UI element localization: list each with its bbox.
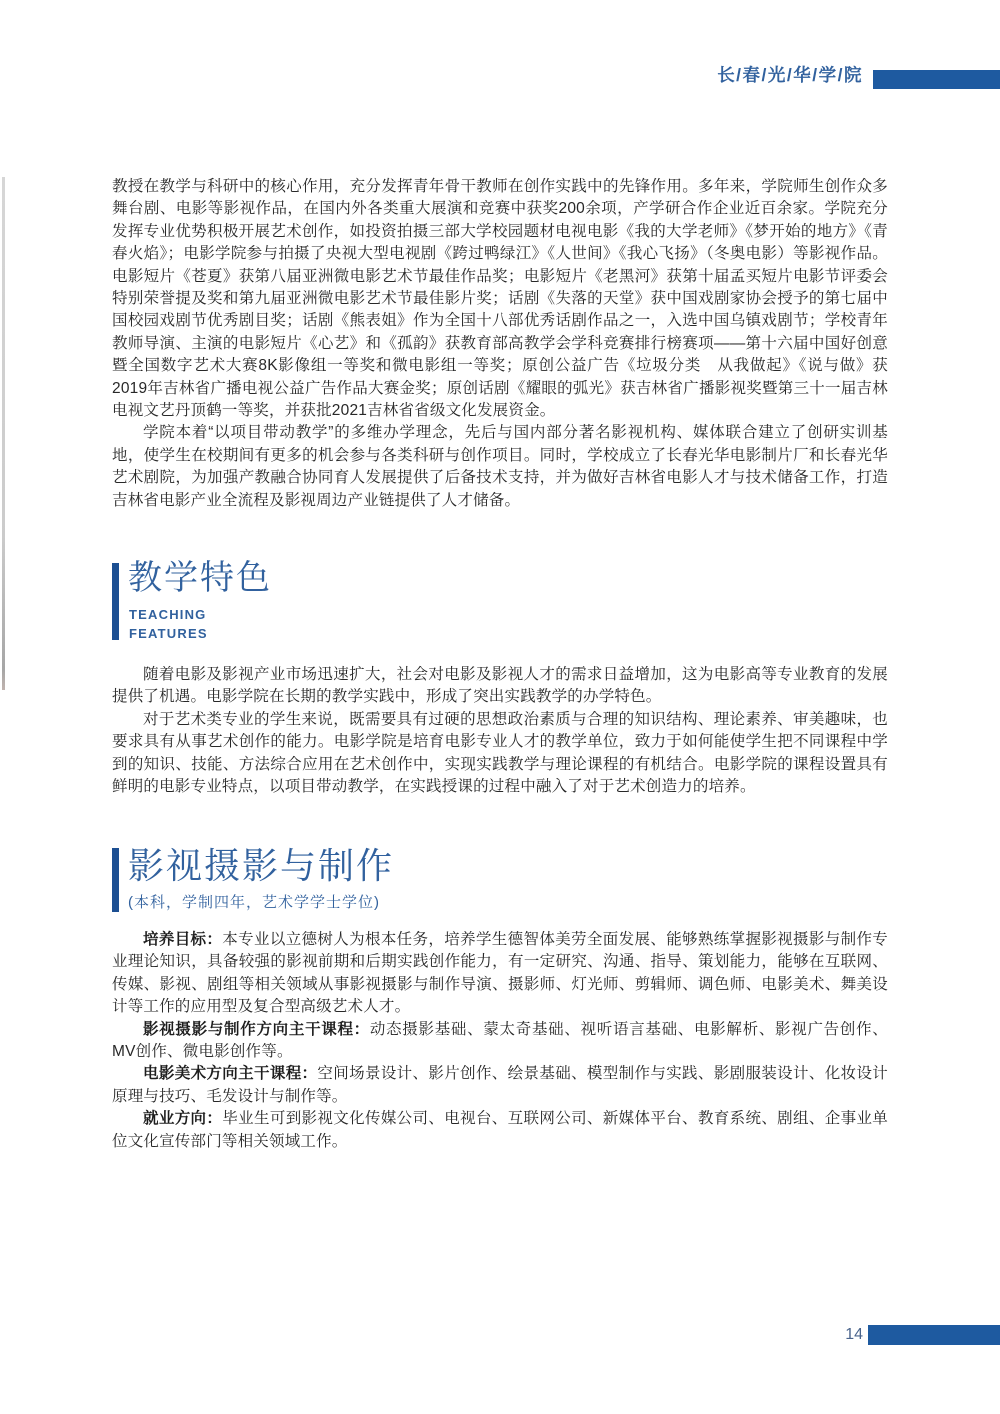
major-courses-lead: 影视摄影与制作方向主干课程： [143,1021,370,1038]
teaching-features-body: 随着电影及影视产业市场迅速扩大，社会对电影及影视人才的需求日益增加，这为电影高等… [112,664,888,798]
major-goal-paragraph: 培养目标：本专业以立德树人为根本任务，培养学生德智体美劳全面发展、能够熟练掌握影… [112,929,888,1019]
major-career-paragraph: 就业方向：毕业生可到影视文化传媒公司、电视台、互联网公司、新媒体平台、教育系统、… [112,1108,888,1153]
major-goal-text: 本专业以立德树人为根本任务，培养学生德智体美劳全面发展、能够熟练掌握影视摄影与制… [112,931,888,1015]
school-name: 长/春/光/华/学/院 [717,62,863,87]
major-title: 影视摄影与制作 [112,845,394,887]
heading-side-bar [112,563,119,640]
major-body: 培养目标：本专业以立德树人为根本任务，培养学生德智体美劳全面发展、能够熟练掌握影… [112,929,888,1153]
teaching-paragraph-1: 随着电影及影视产业市场迅速扩大，社会对电影及影视人才的需求日益增加，这为电影高等… [112,664,888,709]
major-subtitle: (本科，学制四年，艺术学学士学位) [112,891,394,912]
page-left-scan-artifact [2,177,5,690]
major-career-text: 毕业生可到影视文化传媒公司、电视台、互联网公司、新媒体平台、教育系统、剧组、企事… [112,1110,888,1149]
major-courses-paragraph: 影视摄影与制作方向主干课程：动态摄影基础、蒙太奇基础、视听语言基础、电影解析、影… [112,1019,888,1064]
section-title-english-line1: TEACHING [129,605,272,624]
major-goal-lead: 培养目标： [143,931,222,948]
teaching-paragraph-2: 对于艺术类专业的学生来说，既需要具有过硬的思想政治素质与合理的知识结构、理论素养… [112,709,888,799]
section-teaching-features: 教学特色 TEACHING FEATURES [112,558,272,643]
footer-accent-bar [868,1325,1000,1345]
heading-side-bar [112,848,119,912]
section-title-english-line2: FEATURES [129,624,272,643]
intro-section: 教授在教学与科研中的核心作用，充分发挥青年骨干教师在创作实践中的先锋作用。多年来… [112,176,888,512]
header-accent-bar [873,70,1000,89]
section-title-english: TEACHING FEATURES [112,605,272,643]
intro-paragraph-1: 教授在教学与科研中的核心作用，充分发挥青年骨干教师在创作实践中的先锋作用。多年来… [112,176,888,422]
section-film-photography-production: 影视摄影与制作 (本科，学制四年，艺术学学士学位) [112,845,394,912]
major-art-courses-paragraph: 电影美术方向主干课程：空间场景设计、影片创作、绘景基础、模型制作与实践、影剧服装… [112,1063,888,1108]
major-career-lead: 就业方向： [143,1110,222,1127]
major-art-courses-lead: 电影美术方向主干课程： [143,1065,317,1082]
section-title: 教学特色 [112,558,272,598]
intro-paragraph-2: 学院本着“以项目带动教学”的多维办学理念，先后与国内部分著名影视机构、媒体联合建… [112,422,888,512]
brochure-page: 长/春/光/华/学/院 教授在教学与科研中的核心作用，充分发挥青年骨干教师在创作… [0,0,1000,1414]
page-number: 14 [845,1325,863,1345]
